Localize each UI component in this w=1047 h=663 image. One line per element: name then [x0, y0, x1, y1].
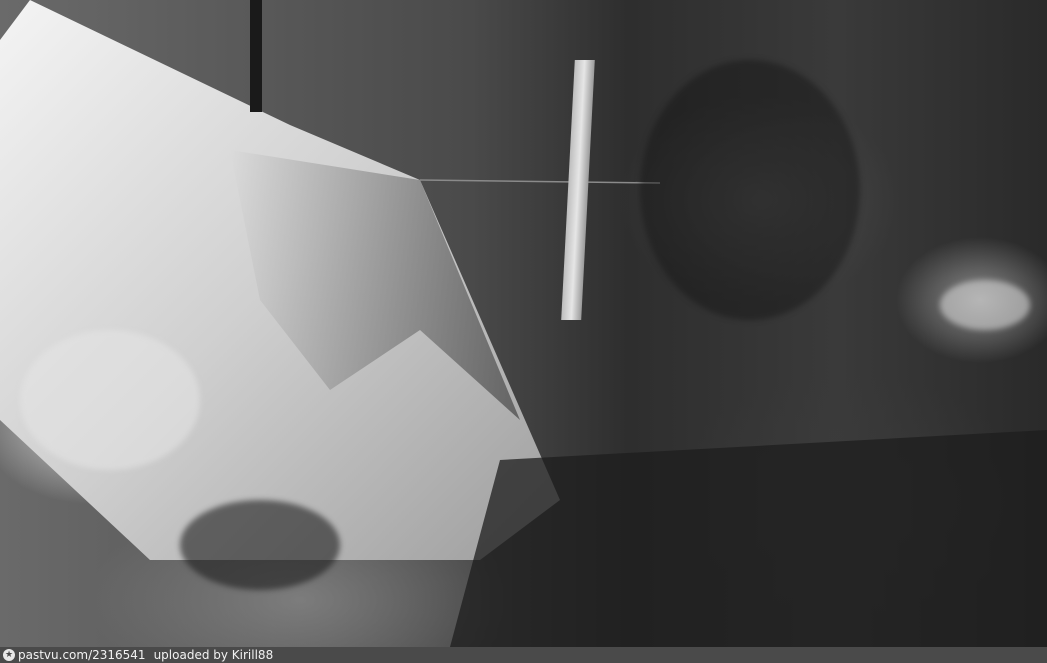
pastvu-logo-icon: ★: [3, 649, 15, 661]
tent-pole: [250, 0, 262, 112]
uploader-text: uploaded by Kirill88: [154, 647, 274, 663]
photo: [0, 0, 1047, 647]
foliage-blob: [180, 500, 340, 590]
foliage-blob: [940, 280, 1030, 330]
foliage-blob: [640, 60, 860, 320]
foliage-blob: [20, 330, 200, 470]
source-link[interactable]: pastvu.com/2316541: [18, 647, 146, 663]
tent-illustration: [0, 0, 1047, 647]
caption-bar: ★ pastvu.com/2316541 uploaded by Kirill8…: [0, 647, 1047, 663]
